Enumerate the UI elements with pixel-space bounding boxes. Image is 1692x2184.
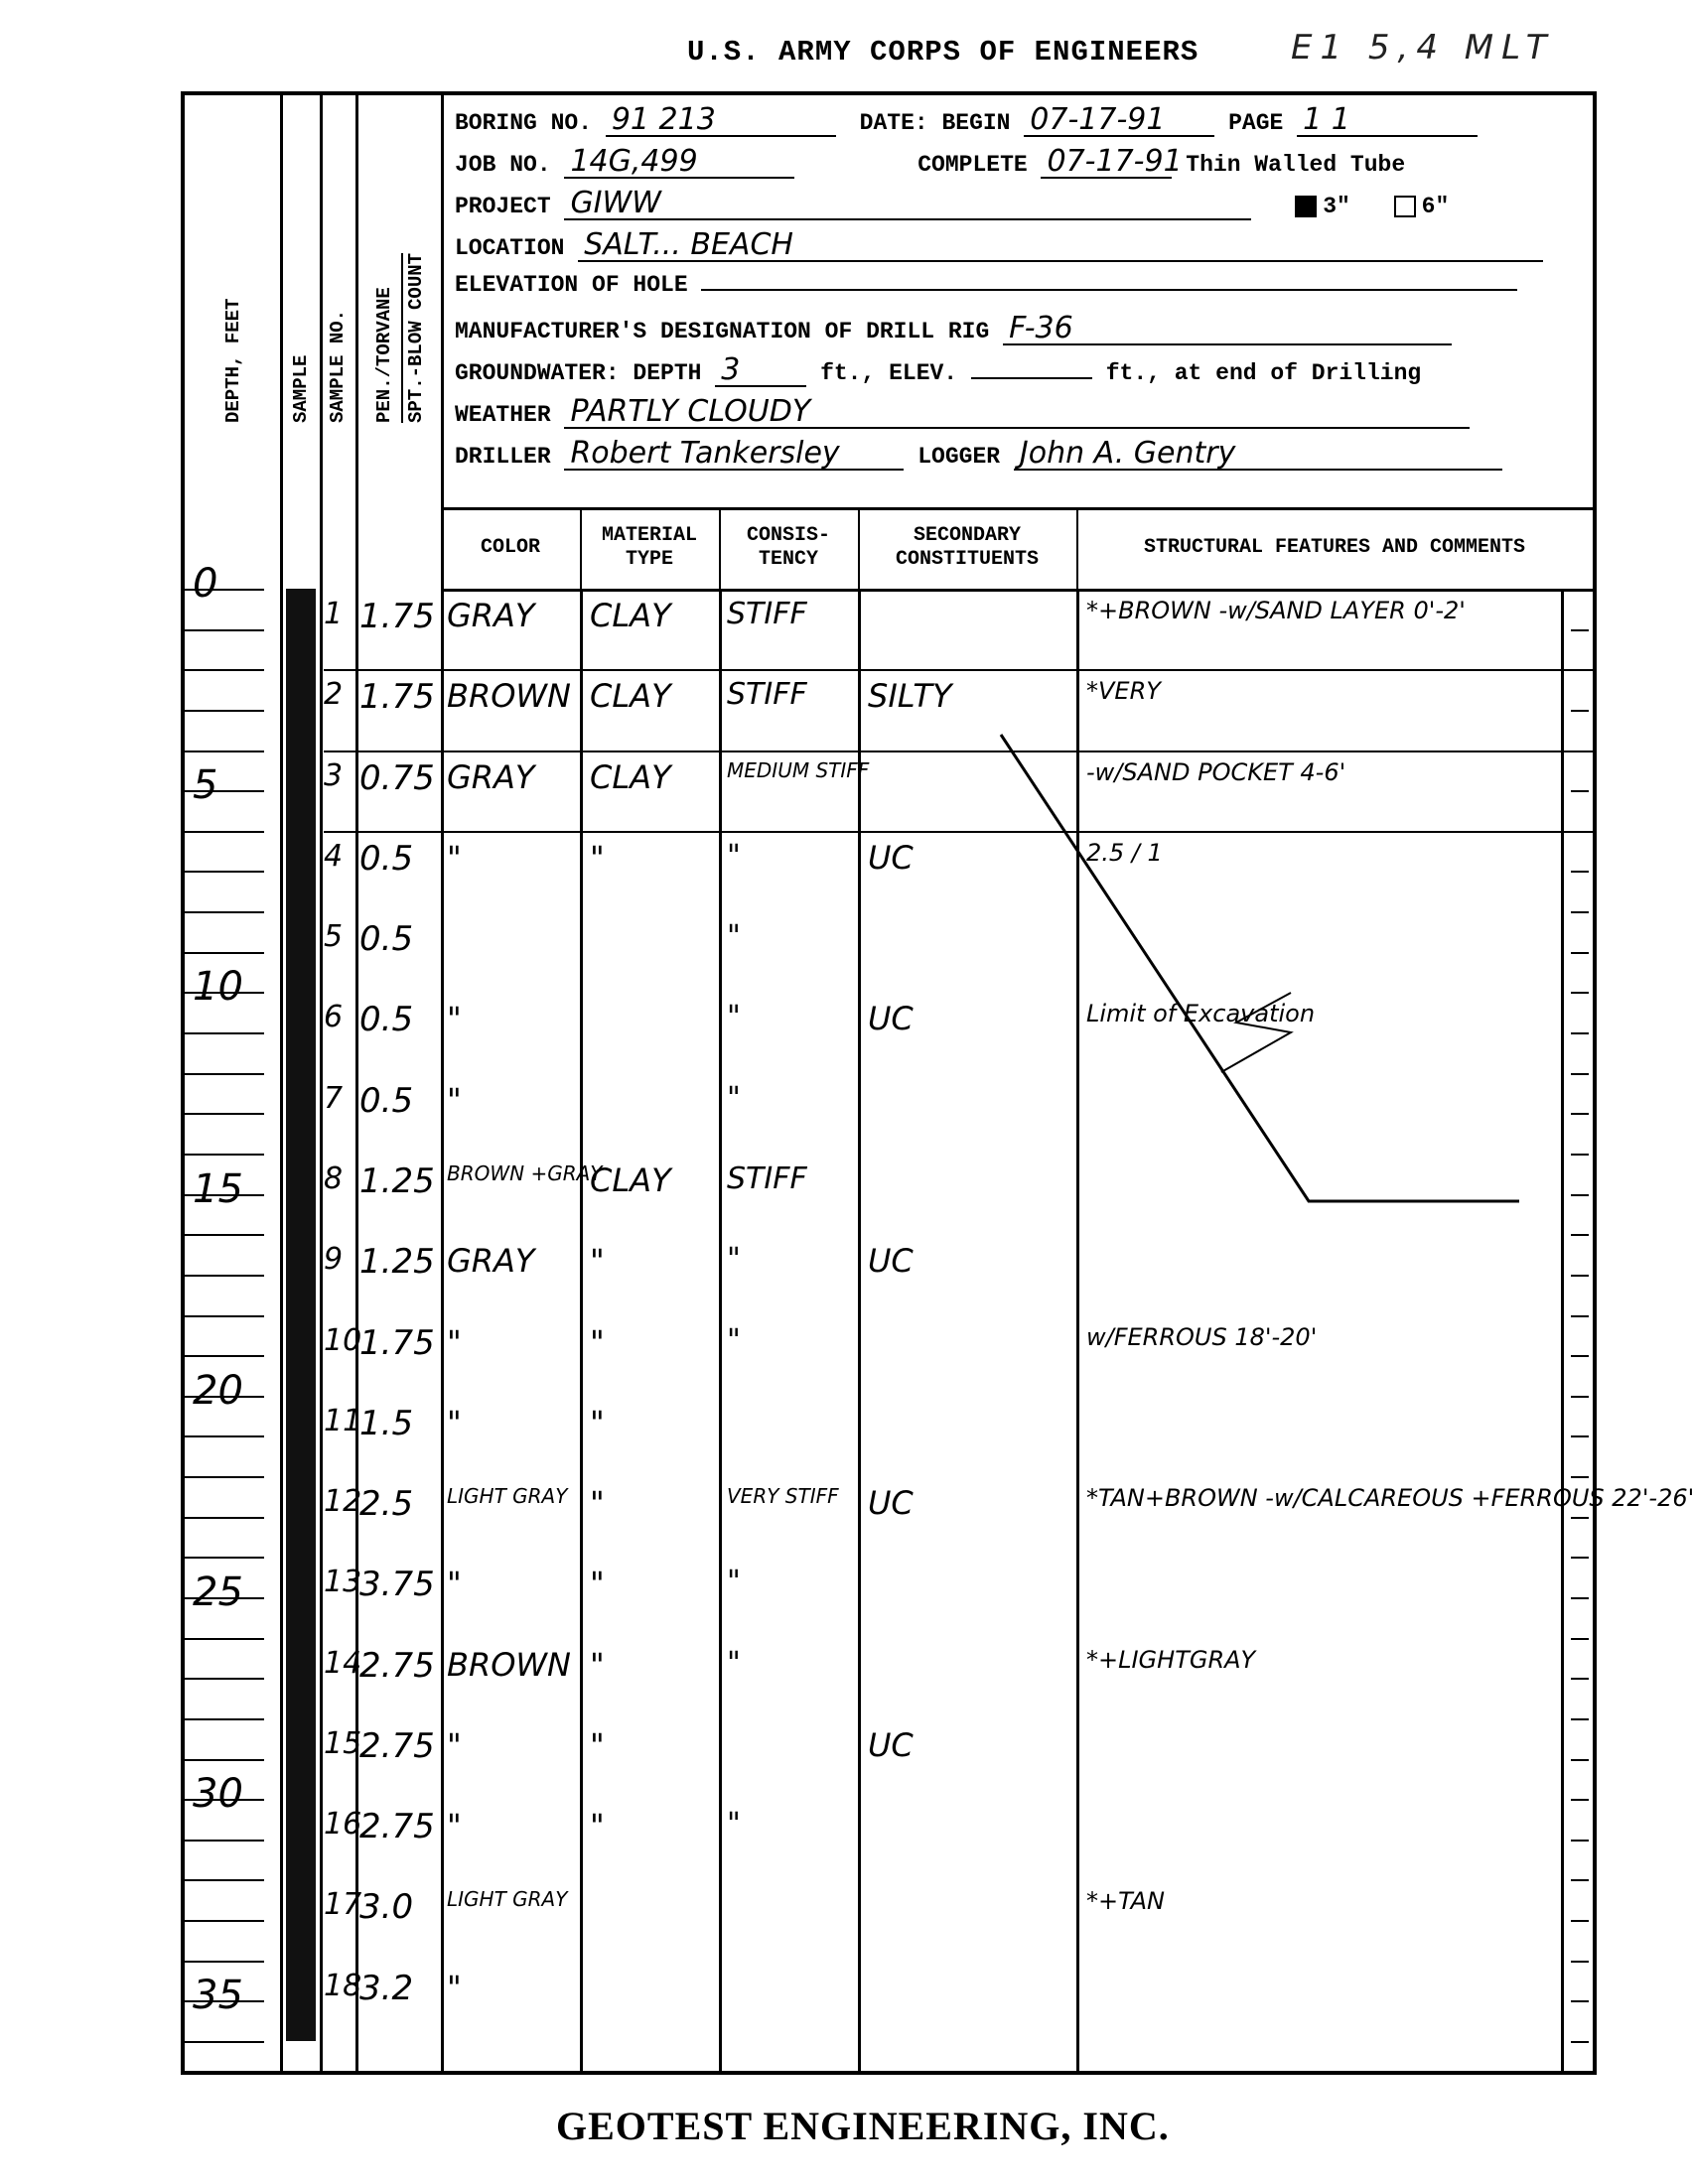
limit-of-excavation-line [0, 0, 1692, 2184]
company-footer: GEOTEST ENGINEERING, INC. [556, 2103, 1170, 2149]
